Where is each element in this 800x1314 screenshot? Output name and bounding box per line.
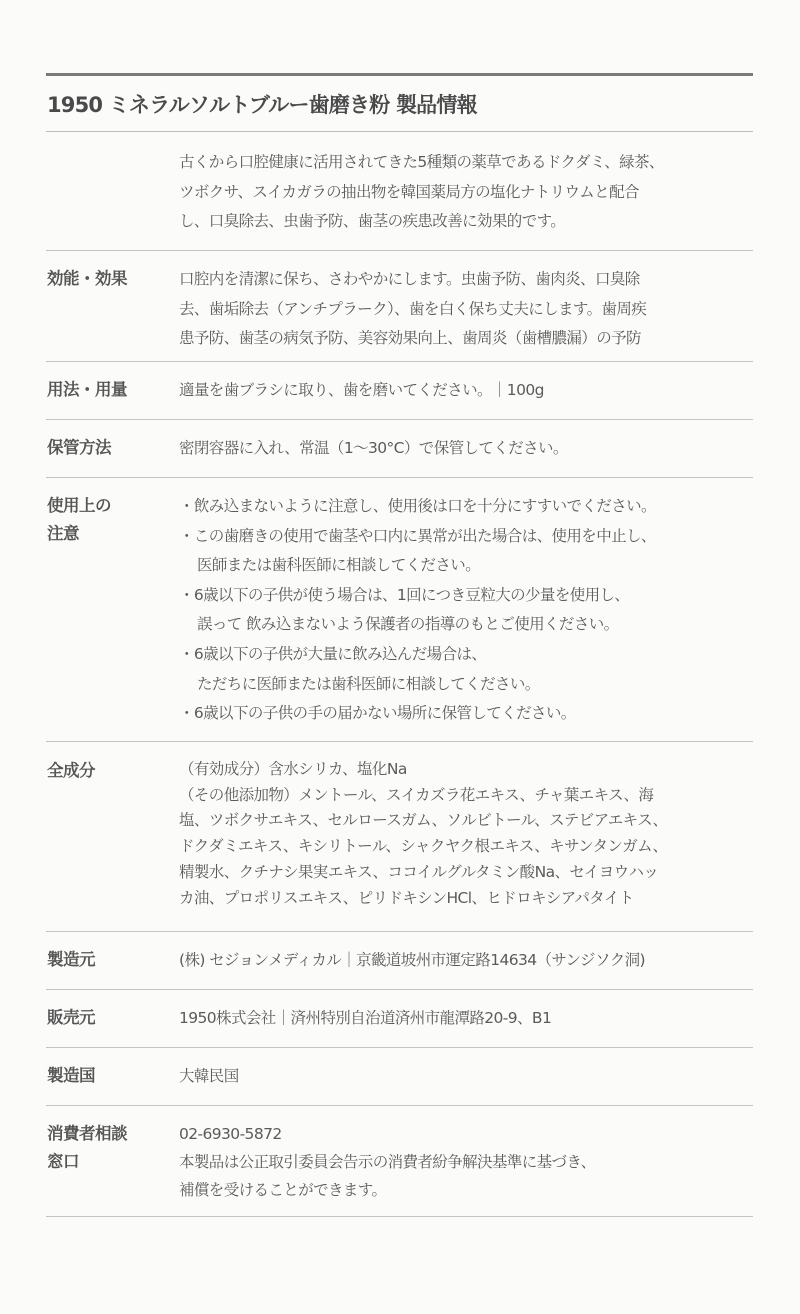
row-label: 全成分	[46, 757, 179, 931]
row-usage: 用法・用量 適量を歯ブラシに取り、歯を磨いてください。｜100g	[46, 362, 753, 420]
row-storage: 保管方法 密閉容器に入れ、常温（1〜30°C）で保管してください。	[46, 420, 753, 478]
text-line: 塩、ツボクサエキス、セルロースガム、ソルビトール、ステビアエキス、	[179, 808, 753, 834]
usage-value: 適量を歯ブラシに取り、歯を磨いてください。｜100g	[179, 376, 753, 419]
caution-item-continued: ただちに医師または歯科医師に相談してください。	[179, 670, 753, 700]
row-label: 販売元	[46, 1004, 179, 1047]
text-line: し、口臭除去、虫歯予防、歯茎の疾患改善に効果的です。	[179, 207, 753, 237]
storage-value: 密閉容器に入れ、常温（1〜30°C）で保管してください。	[179, 434, 753, 477]
label-line: 窓口	[47, 1148, 179, 1176]
caution-item: ・この歯磨きの使用で歯茎や口内に異常が出た場合は、使用を中止し、	[179, 522, 753, 552]
seller-value: 1950株式会社｜済州特別自治道済州市龍潭路20-9、B1	[179, 1004, 753, 1047]
text-line: 口腔内を清潔に保ち、さわやかにします。虫歯予防、歯肉炎、口臭除	[179, 265, 753, 295]
text-line: （その他添加物）メントール、スイカズラ花エキス、チャ葉エキス、海	[179, 783, 753, 809]
row-label: 使用上の 注意	[46, 492, 179, 741]
caution-item: ・6歳以下の子供が大量に飲み込んだ場合は、	[179, 640, 753, 670]
text-line: 古くから口腔健康に活用されてきた5種類の薬草であるドクダミ、緑茶、	[179, 148, 753, 178]
row-caution: 使用上の 注意 ・飲み込まないように注意し、使用後は口を十分にすすいでください。…	[46, 478, 753, 742]
product-info-sheet: 1950 ミネラルソルトブルー歯磨き粉 製品情報 古くから口腔健康に活用されてき…	[46, 73, 753, 1217]
label-line: 使用上の	[47, 492, 179, 520]
row-seller: 販売元 1950株式会社｜済州特別自治道済州市龍潭路20-9、B1	[46, 990, 753, 1048]
row-intro: 古くから口腔健康に活用されてきた5種類の薬草であるドクダミ、緑茶、 ツボクサ、ス…	[46, 132, 753, 251]
caution-list: ・飲み込まないように注意し、使用後は口を十分にすすいでください。 ・この歯磨きの…	[179, 492, 753, 741]
intro-description: 古くから口腔健康に活用されてきた5種類の薬草であるドクダミ、緑茶、 ツボクサ、ス…	[179, 148, 753, 250]
row-manufacturer: 製造元 (株) セジョンメディカル｜京畿道坡州市運定路14634（サンジソク洞)	[46, 932, 753, 990]
text-line: カ油、プロポリスエキス、ピリドキシンHCl、ヒドロキシアパタイト	[179, 886, 753, 912]
text-line: 精製水、クチナシ果実エキス、ココイルグルタミン酸Na、セイヨウハッ	[179, 860, 753, 886]
ingredients-value: （有効成分）含水シリカ、塩化Na （その他添加物）メントール、スイカズラ花エキス…	[179, 757, 753, 931]
efficacy-value: 口腔内を清潔に保ち、さわやかにします。虫歯予防、歯肉炎、口臭除 去、歯垢除去（ア…	[179, 265, 753, 361]
text-line: ドクダミエキス、キシリトール、シャクヤク根エキス、キサンタンガム、	[179, 834, 753, 860]
phone-number: 02-6930-5872	[179, 1120, 753, 1148]
label-line: 消費者相談	[47, 1120, 179, 1148]
text-line: 本製品は公正取引委員会告示の消費者紛争解決基準に基づき、	[179, 1148, 753, 1176]
caution-item-continued: 誤って 飲み込まないよう保護者の指導のもとご使用ください。	[179, 610, 753, 640]
caution-item: ・6歳以下の子供の手の届かない場所に保管してください。	[179, 699, 753, 729]
caution-item: ・飲み込まないように注意し、使用後は口を十分にすすいでください。	[179, 492, 753, 522]
text-line: （有効成分）含水シリカ、塩化Na	[179, 757, 753, 783]
row-country: 製造国 大韓民国	[46, 1048, 753, 1106]
country-value: 大韓民国	[179, 1062, 753, 1105]
manufacturer-value: (株) セジョンメディカル｜京畿道坡州市運定路14634（サンジソク洞)	[179, 946, 753, 989]
text-line: 補償を受けることができます。	[179, 1176, 753, 1204]
row-label: 用法・用量	[46, 376, 179, 419]
row-efficacy: 効能・効果 口腔内を清潔に保ち、さわやかにします。虫歯予防、歯肉炎、口臭除 去、…	[46, 251, 753, 362]
row-label: 消費者相談 窓口	[46, 1120, 179, 1216]
caution-item-continued: 医師または歯科医師に相談してください。	[179, 551, 753, 581]
text-line: 去、歯垢除去（アンチプラーク）、歯を白く保ち丈夫にします。歯周疾	[179, 295, 753, 325]
page-title: 1950 ミネラルソルトブルー歯磨き粉 製品情報	[46, 76, 753, 132]
row-label: 効能・効果	[46, 265, 179, 361]
row-consumer-contact: 消費者相談 窓口 02-6930-5872 本製品は公正取引委員会告示の消費者紛…	[46, 1106, 753, 1217]
text-line: ツボクサ、スイカガラの抽出物を韓国薬局方の塩化ナトリウムと配合	[179, 178, 753, 208]
consumer-contact-value: 02-6930-5872 本製品は公正取引委員会告示の消費者紛争解決基準に基づき…	[179, 1120, 753, 1216]
row-label: 製造元	[46, 946, 179, 989]
row-label: 保管方法	[46, 434, 179, 477]
row-ingredients: 全成分 （有効成分）含水シリカ、塩化Na （その他添加物）メントール、スイカズラ…	[46, 742, 753, 932]
row-label	[46, 148, 179, 250]
label-line: 注意	[47, 520, 179, 548]
row-label: 製造国	[46, 1062, 179, 1105]
caution-item: ・6歳以下の子供が使う場合は、1回につき豆粒大の少量を使用し、	[179, 581, 753, 611]
text-line: 患予防、歯茎の病気予防、美容効果向上、歯周炎（歯槽膿漏）の予防	[179, 324, 753, 354]
